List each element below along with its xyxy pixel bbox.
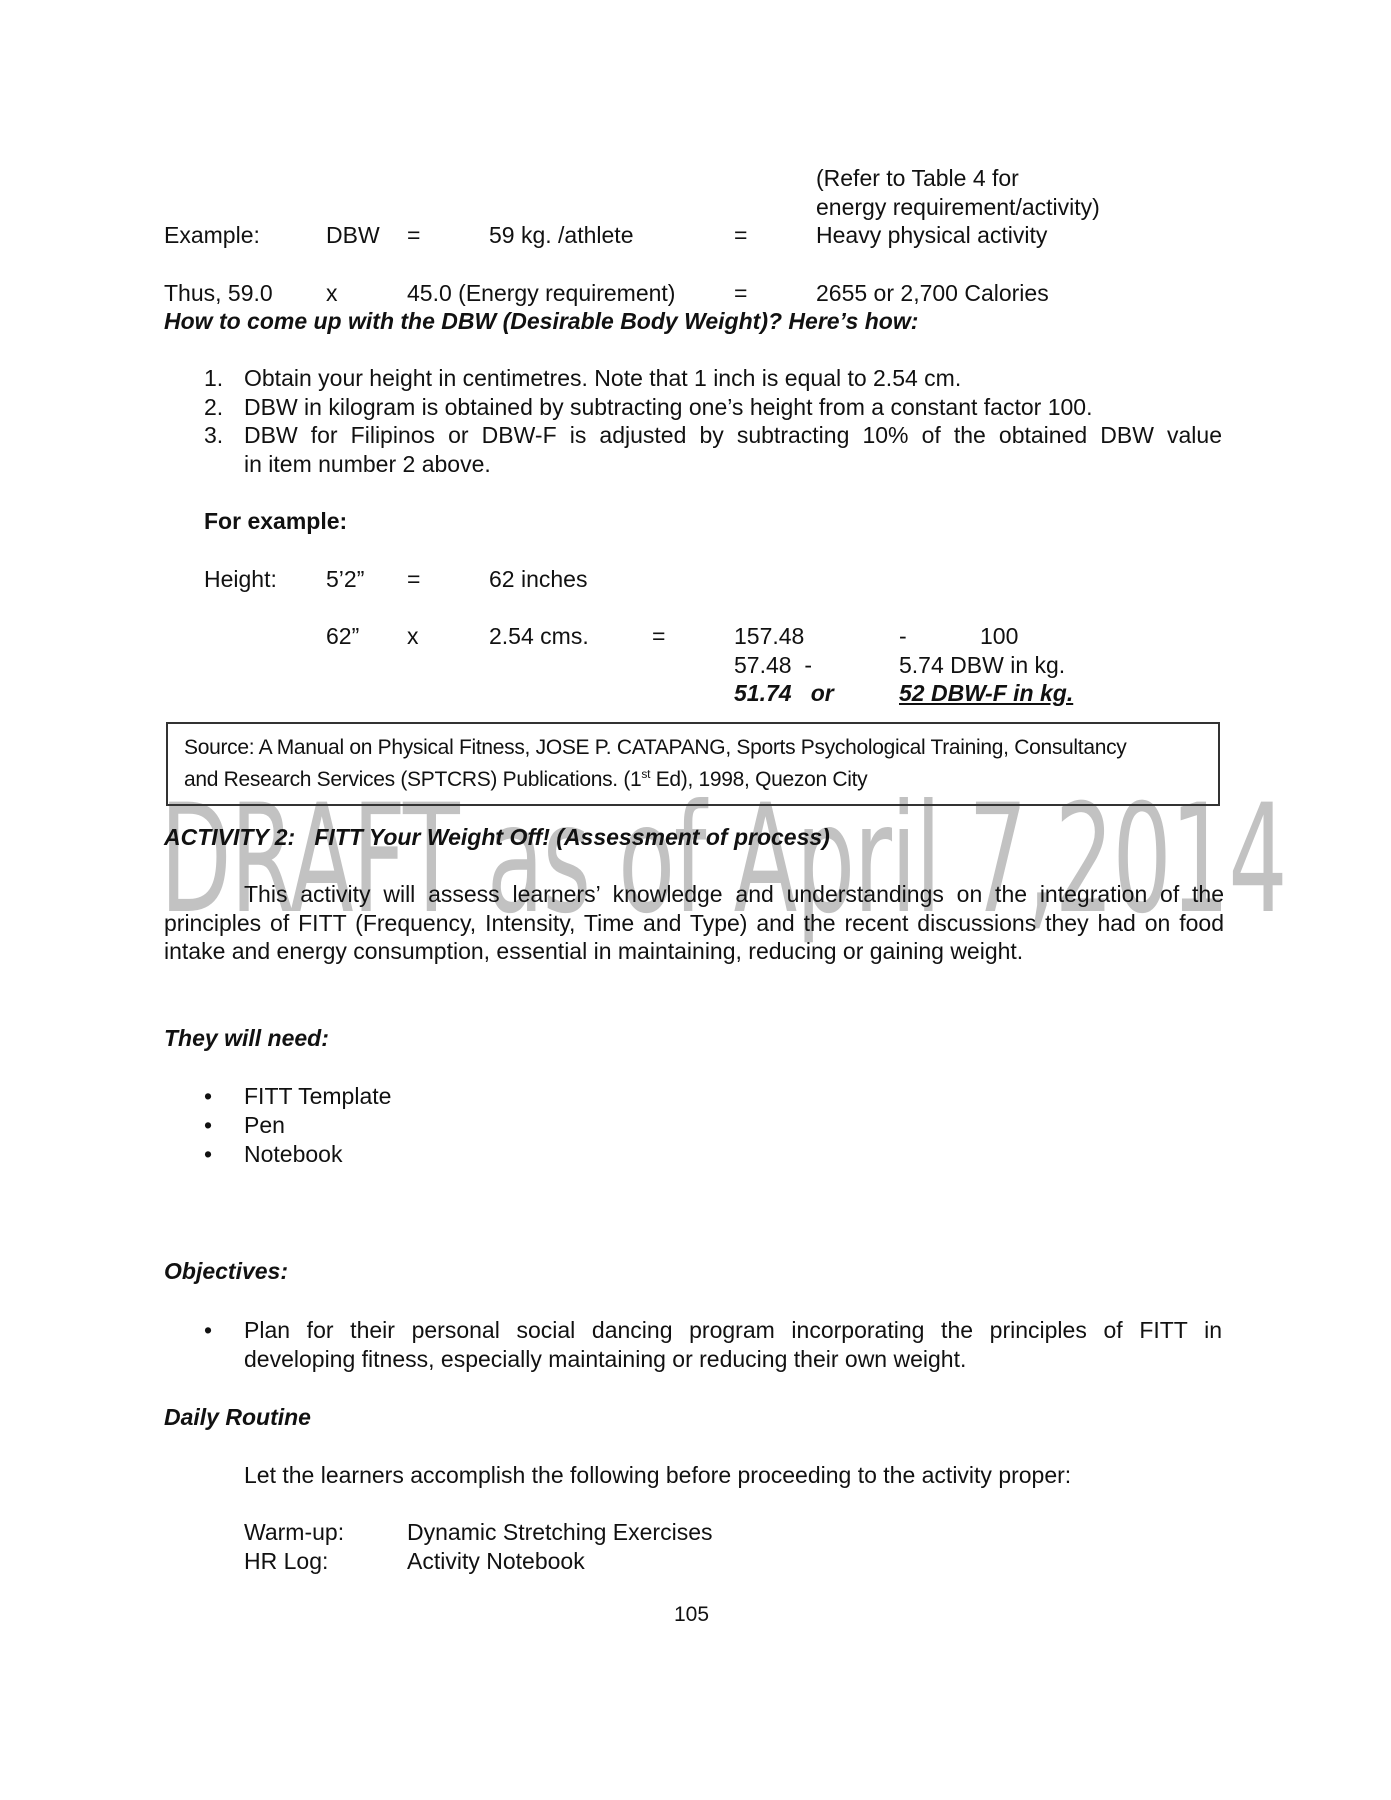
source-line2: and Research Services (SPTCRS) Publicati…	[184, 767, 867, 792]
need-item: Pen	[244, 1111, 285, 1139]
source-line1: Source: A Manual on Physical Fitness, JO…	[184, 736, 1127, 760]
height-eq: =	[407, 565, 420, 593]
thus-value: 45.0 (Energy requirement)	[407, 279, 675, 307]
activity-title: ACTIVITY 2: FITT Your Weight Off! (Asses…	[164, 823, 830, 851]
step-text-3: DBW for Filipinos or DBW-F is adjusted b…	[244, 421, 1222, 449]
source-citation-box: Source: A Manual on Physical Fitness, JO…	[166, 722, 1220, 806]
height-label: Height:	[204, 565, 277, 593]
calc-constant: 100	[980, 622, 1018, 650]
calc-factor: 2.54 cms.	[489, 622, 589, 650]
thus-result: 2655 or 2,700 Calories	[816, 279, 1049, 307]
example-activity: Heavy physical activity	[816, 221, 1047, 249]
bullet-icon: •	[204, 1082, 212, 1110]
example-var: DBW	[326, 221, 380, 249]
calc3-a: 51.74 or	[734, 679, 834, 707]
source-line2-post: Ed), 1998, Quezon City	[650, 768, 867, 791]
refer-note-line1: (Refer to Table 4 for	[816, 164, 1019, 192]
calc-op: x	[407, 622, 419, 650]
calc-minus: -	[899, 622, 907, 650]
bullet-icon: •	[204, 1140, 212, 1168]
example-value: 59 kg. /athlete	[489, 221, 634, 249]
calc-inches: 62”	[326, 622, 359, 650]
page-number: 105	[674, 1601, 709, 1629]
thus-label: Thus, 59.0	[164, 279, 273, 307]
height-feet: 5’2”	[326, 565, 364, 593]
bullet-icon: •	[204, 1316, 212, 1344]
example-eq2: =	[734, 221, 747, 249]
example-label: Example:	[164, 221, 260, 249]
for-example-label: For example:	[204, 507, 347, 535]
calc-cm: 157.48	[734, 622, 804, 650]
step-text-1: Obtain your height in centimetres. Note …	[244, 364, 961, 392]
need-heading: They will need:	[164, 1024, 329, 1052]
source-line2-pre: and Research Services (SPTCRS) Publicati…	[184, 768, 641, 791]
objective-line1: Plan for their personal social dancing p…	[244, 1316, 1222, 1344]
calc-eq: =	[652, 622, 665, 650]
need-item: Notebook	[244, 1140, 342, 1168]
step-num-1: 1.	[204, 364, 223, 392]
routine-heading: Daily Routine	[164, 1403, 311, 1431]
example-eq1: =	[407, 221, 420, 249]
routine-value: Dynamic Stretching Exercises	[407, 1518, 713, 1546]
thus-op: x	[326, 279, 338, 307]
need-item: FITT Template	[244, 1082, 391, 1110]
routine-value: Activity Notebook	[407, 1547, 585, 1575]
refer-note-line2: energy requirement/activity)	[816, 193, 1100, 221]
routine-label: HR Log:	[244, 1547, 328, 1575]
height-inches: 62 inches	[489, 565, 587, 593]
activity-paragraph: This activity will assess learners’ know…	[164, 880, 1224, 966]
objectives-heading: Objectives:	[164, 1257, 288, 1285]
step-text-2: DBW in kilogram is obtained by subtracti…	[244, 393, 1092, 421]
bullet-icon: •	[204, 1111, 212, 1139]
routine-label: Warm-up:	[244, 1518, 344, 1546]
step-num-2: 2.	[204, 393, 223, 421]
source-line2-sup: st	[641, 767, 650, 781]
calc3-b: 52 DBW-F in kg.	[899, 679, 1073, 707]
calc2-b: 5.74 DBW in kg.	[899, 651, 1065, 679]
dbw-heading: How to come up with the DBW (Desirable B…	[164, 307, 918, 335]
step-num-3: 3.	[204, 421, 223, 449]
routine-intro: Let the learners accomplish the followin…	[244, 1461, 1071, 1489]
objective-line2: developing fitness, especially maintaini…	[244, 1345, 966, 1373]
step-text-3-cont: in item number 2 above.	[244, 450, 491, 478]
calc2-a: 57.48 -	[734, 651, 812, 679]
thus-eq: =	[734, 279, 747, 307]
